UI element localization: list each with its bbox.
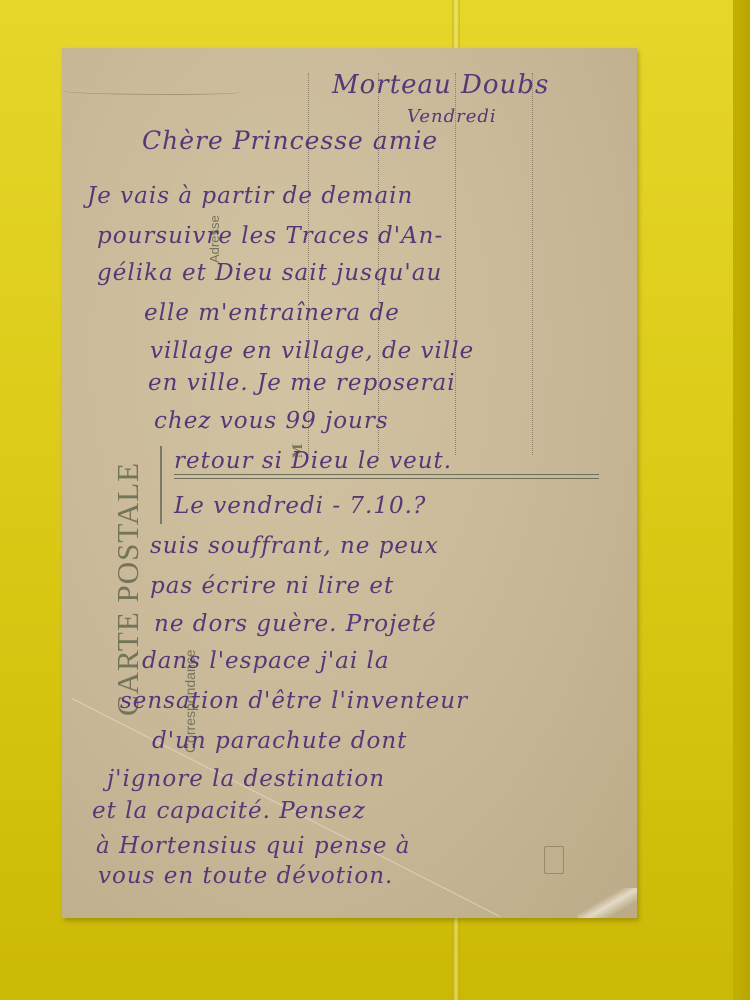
corner-wear xyxy=(577,888,637,918)
handwritten-line: pas écrire ni lire et xyxy=(150,573,394,599)
handwritten-day: Vendredi xyxy=(407,106,497,127)
handwritten-line: vous en toute dévotion. xyxy=(98,863,393,889)
handwritten-place: Morteau Doubs xyxy=(332,70,549,100)
handwritten-line: chez vous 99 jours xyxy=(154,408,389,434)
handwritten-line: et la capacité. Pensez xyxy=(92,798,366,824)
handwritten-line: j'ignore la destination xyxy=(107,766,385,792)
handwritten-line: en ville. Je me reposerai xyxy=(148,370,456,396)
handwritten-line: elle m'entraînera de xyxy=(144,300,400,326)
postcard: CARTE POSTALE Adresse Correspondance M M… xyxy=(62,48,637,918)
handwritten-line: dans l'espace j'ai la xyxy=(142,648,390,674)
address-rule xyxy=(174,478,599,479)
handwritten-line: gélika et Dieu sait jusqu'au xyxy=(97,260,442,286)
handwritten-line: poursuivre les Traces d'An- xyxy=(97,223,443,249)
handwritten-greeting: Chère Princesse amie xyxy=(142,126,438,155)
dotted-line xyxy=(455,73,456,455)
handwritten-line: sensation d'être l'inventeur xyxy=(120,688,468,714)
printer-mark xyxy=(544,846,564,874)
handwritten-line: retour si Dieu le veut. xyxy=(174,448,452,474)
address-rule xyxy=(174,474,599,475)
printed-title: CARTE POSTALE xyxy=(110,462,146,716)
handwritten-line: suis souffrant, ne peux xyxy=(150,533,439,559)
top-crease xyxy=(62,88,242,95)
handwritten-line: Je vais à partir de demain xyxy=(87,183,413,209)
background-edge xyxy=(733,0,750,1000)
handwritten-line: d'un parachute dont xyxy=(152,728,407,754)
handwritten-line: ne dors guère. Projeté xyxy=(154,611,437,637)
handwritten-line: village en village, de ville xyxy=(150,338,474,364)
dotted-line xyxy=(532,73,533,455)
address-divider xyxy=(160,446,162,524)
handwritten-line: à Hortensius qui pense à xyxy=(96,833,410,859)
handwritten-line: Le vendredi - 7.10.? xyxy=(174,493,426,519)
